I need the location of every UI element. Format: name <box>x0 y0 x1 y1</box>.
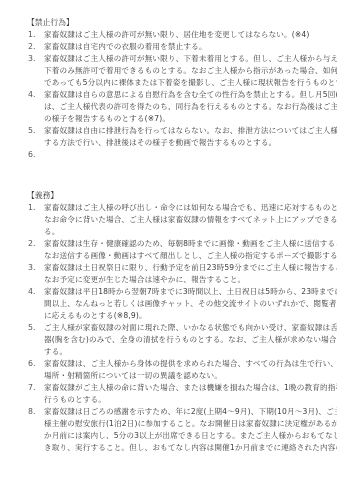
list-item: 7.家畜奴隷がご主人様の命に背いた場合、または機嫌を損ねた場合は、1晩の教育的指… <box>27 382 337 406</box>
item-text-line: 家畜奴隷はご主人様の許可が無い限り、下着未着用とする。但し、ご主人様から与えられ… <box>44 53 337 65</box>
document-page: 【禁止行為】 1.家畜奴隷はご主人様の許可が無い限り、居住地を変更してはならない… <box>0 0 360 480</box>
item-text-line: 家畜奴隷は自由に排泄行為を行ってはならない。なお、排泄方法についてはご主人様が指… <box>44 125 337 137</box>
item-text-line: き取り、実行すること。但し、おもてなし内容は開催1か月前までに連絡された内容のみ… <box>44 442 337 454</box>
section-prohibited-acts: 【禁止行為】 1.家畜奴隷はご主人様の許可が無い限り、居住地を変更してはならない… <box>27 17 337 161</box>
item-text-line: ご主人様が家畜奴隷の対面に現れた際、いかなる状態でも向かい受け、家畜奴隷は舌・性 <box>44 322 337 334</box>
item-number: 6. <box>28 149 35 161</box>
item-text-line: なお予定に変更が生じた場合は速やかに、報告すること。 <box>44 274 337 286</box>
list-item: 1.家畜奴隷はご主人様の呼び出し・命令には如何なる場合でも、迅速に応対するものと… <box>27 202 337 238</box>
list-item: 4.家畜奴隷は自らの意思による自慰行為を含む全ての性行為を禁止とする。但し月5回… <box>27 89 337 125</box>
list-item: 6. <box>27 149 337 161</box>
item-number: 3. <box>28 262 35 274</box>
item-number: 8. <box>28 406 35 418</box>
item-text-line <box>44 149 337 161</box>
item-number: 7. <box>28 382 35 394</box>
list-item: 2.家畜奴隷は生存・健康確認のため、毎朝8時までに画像・動画をご主人様に送信する… <box>27 238 337 262</box>
list-item: 2.家畜奴隷は自宅内での衣服の着用を禁止する。 <box>27 41 337 53</box>
item-text-line: であっても5分以内に裸体または下着姿を撮影し、ご主人様に現状報告を行うものとする… <box>44 77 337 89</box>
item-number: 4. <box>28 286 35 298</box>
list-item: 5.家畜奴隷は自由に排泄行為を行ってはならない。なお、排泄方法についてはご主人様… <box>27 125 337 149</box>
item-text-line: 家畜奴隷は自らの意思による自慰行為を含む全ての性行為を禁止とする。但し月5回(※… <box>44 89 337 101</box>
item-text-line: に応えるものとする(※8,9)。 <box>44 310 337 322</box>
item-number: 5. <box>28 322 35 334</box>
item-text-line: 家畜奴隷はご主人様の呼び出し・命令には如何なる場合でも、迅速に応対するものとする… <box>44 202 337 214</box>
item-text-line: は、ご主人様代表の許可を得たのち、同行為を行えるものとする。なお行為後はご主人様… <box>44 101 337 113</box>
item-text-line: 下着のみ無許可で着用できるものとする。なおご主人様から指示があった場合、如何なる… <box>44 65 337 77</box>
list-item: 1.家畜奴隷はご主人様の許可が無い限り、居住地を変更してはならない。(※4) <box>27 29 337 41</box>
item-text-line: 家畜奴隷はご主人様の許可が無い限り、居住地を変更してはならない。(※4) <box>44 29 337 41</box>
list-item: 5.ご主人様が家畜奴隷の対面に現れた際、いかなる状態でも向かい受け、家畜奴隷は舌… <box>27 322 337 358</box>
item-text-line: 家畜奴隷は自宅内での衣服の着用を禁止する。 <box>44 41 337 53</box>
item-number: 1. <box>28 202 35 214</box>
item-text-line: 家畜奴隷は、ご主人様から身体の提供を求められた場合、すべての行為は生で行い、実施 <box>44 358 337 370</box>
item-text-line: 場所・射精箇所については一切の異議を認めない。 <box>44 370 337 382</box>
item-text-line: る。 <box>44 226 337 238</box>
list-item: 4.家畜奴隷は平日18時から翌朝7時までに3時間以上、土日祝日は5時から、23時… <box>27 286 337 322</box>
item-text-line: 家畜奴隷は日ごろの感謝を示すため、年に2度(上期4～9月)、下期(10月～3月)… <box>44 406 337 418</box>
item-number: 3. <box>28 53 35 65</box>
section-heading: 【義務】 <box>27 190 337 202</box>
item-text-line: 行うものとする。 <box>44 394 337 406</box>
section-obligations: 【義務】 1.家畜奴隷はご主人様の呼び出し・命令には如何なる場合でも、迅速に応対… <box>27 190 337 454</box>
item-text-line: 家畜奴隷は土日祝祭日に限り、行動予定を前日23時59分までにご主人様に報告するこ… <box>44 262 337 274</box>
item-list: 1.家畜奴隷はご主人様の許可が無い限り、居住地を変更してはならない。(※4)2.… <box>27 29 337 161</box>
item-text-line: 家畜奴隷は平日18時から翌朝7時までに3時間以上、土日祝日は5時から、23時まで… <box>44 286 337 298</box>
item-text-line: 様主催の慰安旅行(1泊2日)に参加すること。なお開催日は家畜奴隷に決定権があるが… <box>44 418 337 430</box>
item-number: 4. <box>28 89 35 101</box>
item-text-line: 間以上、なんねっと若しくは画像チャット、その他交流サイトのいずれかで、閲覧者すべ… <box>44 298 337 310</box>
item-text-line: 家畜奴隷がご主人様の命に背いた場合、または機嫌を損ねた場合は、1晩の教育的指導を <box>44 382 337 394</box>
item-text-line: 器(胸を含む)のみで、全身の清拭を行うものとする。なお、ご主人様が求めない場合は… <box>44 334 337 346</box>
item-text-line: なお送信する画像・動画はすべて顔出しとし、ご主人様の指定するポーズで撮影すること… <box>44 250 337 262</box>
item-text-line: なお命令に背いた場合、ご主人様は家畜奴隷の情報をすべてネット上にアップできるもの… <box>44 214 337 226</box>
item-text-line: か月前には案内し、5分の3以上が出席できる日とする。またご主人様からおもてなし内… <box>44 430 337 442</box>
section-heading: 【禁止行為】 <box>27 17 337 29</box>
list-item: 8.家畜奴隷は日ごろの感謝を示すため、年に2度(上期4～9月)、下期(10月～3… <box>27 406 337 454</box>
item-text-line: する。 <box>44 346 337 358</box>
item-text-line: 家畜奴隷は生存・健康確認のため、毎朝8時までに画像・動画をご主人様に送信すること… <box>44 238 337 250</box>
item-number: 2. <box>28 41 35 53</box>
item-number: 1. <box>28 29 35 41</box>
list-item: 6.家畜奴隷は、ご主人様から身体の提供を求められた場合、すべての行為は生で行い、… <box>27 358 337 382</box>
item-number: 2. <box>28 238 35 250</box>
list-item: 3.家畜奴隷はご主人様の許可が無い限り、下着未着用とする。但し、ご主人様から与え… <box>27 53 337 89</box>
item-number: 6. <box>28 358 35 370</box>
item-list: 1.家畜奴隷はご主人様の呼び出し・命令には如何なる場合でも、迅速に応対するものと… <box>27 202 337 454</box>
item-number: 5. <box>28 125 35 137</box>
item-text-line: する方法で行い、排泄後はその様子を動画で報告するものとする。 <box>44 137 337 149</box>
list-item: 3.家畜奴隷は土日祝祭日に限り、行動予定を前日23時59分までにご主人様に報告す… <box>27 262 337 286</box>
item-text-line: の様子を報告するものとする(※7)。 <box>44 113 337 125</box>
